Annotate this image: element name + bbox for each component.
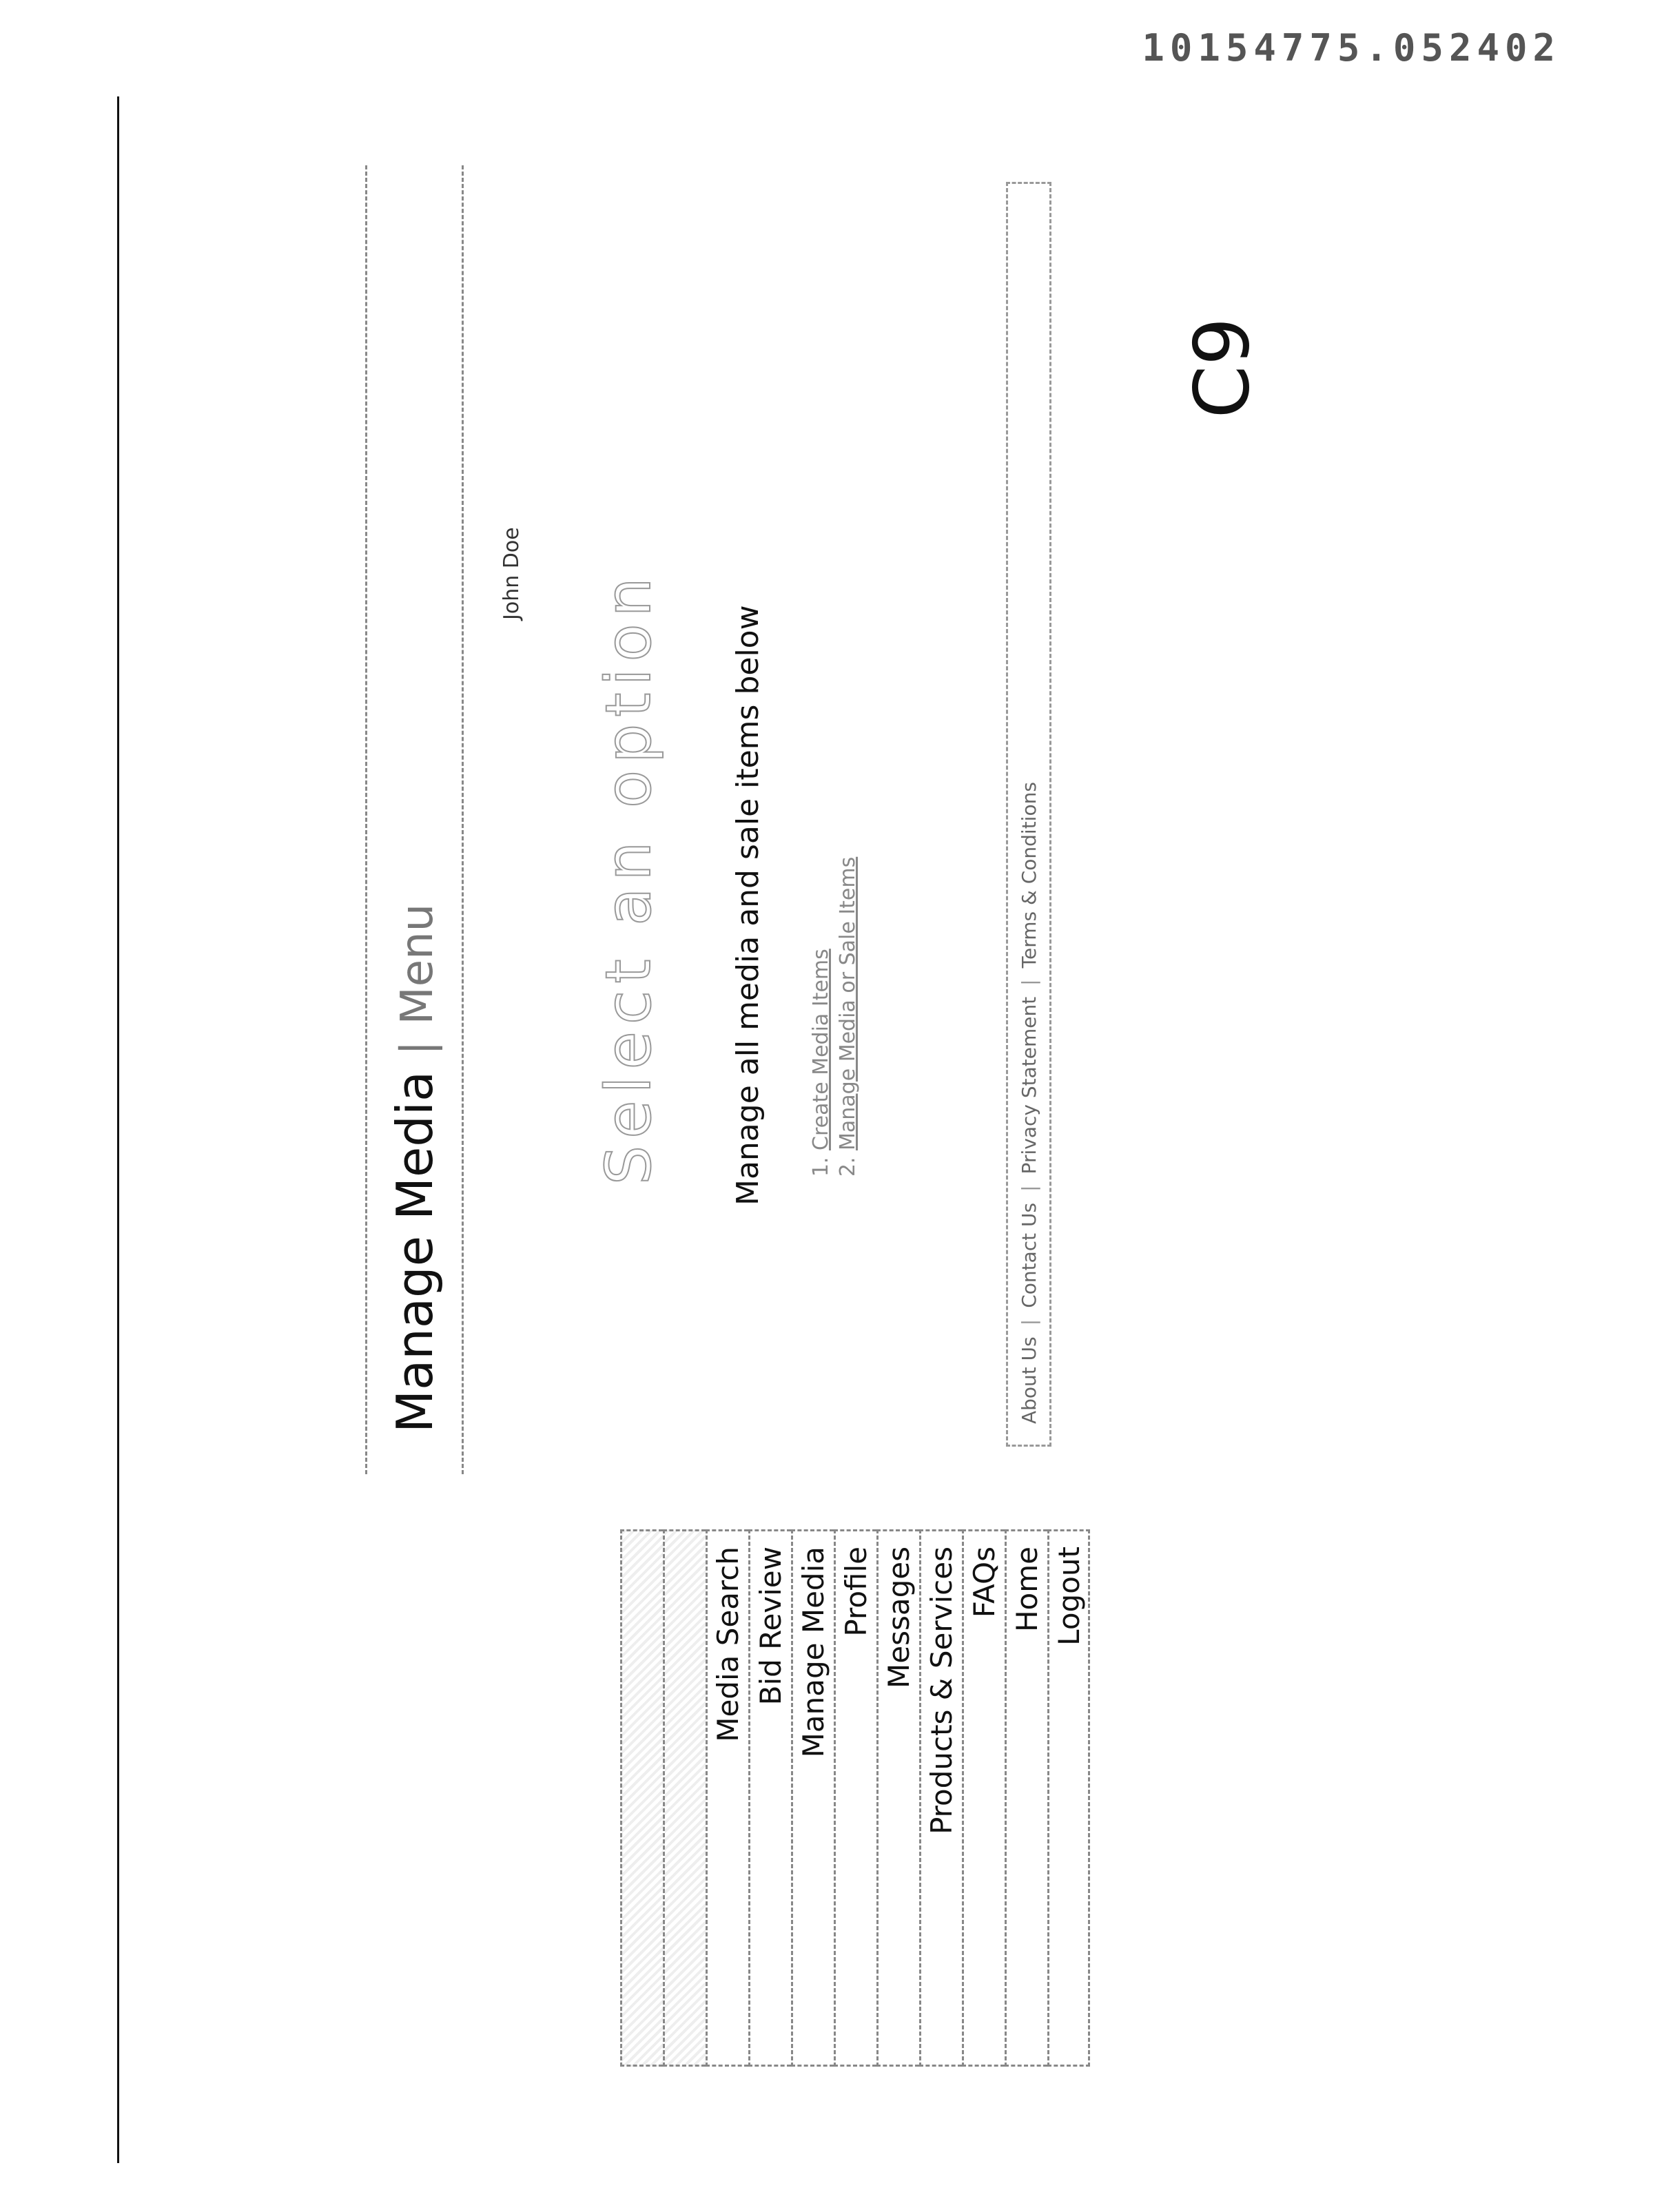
footer-links: About Us | Contact Us | Privacy Statemen… bbox=[1006, 182, 1051, 1447]
page-title-sub: Menu bbox=[392, 904, 443, 1025]
sidebar-item-label: Messages bbox=[882, 1547, 916, 1688]
options-list: Create Media Items Manage Media or Sale … bbox=[806, 857, 863, 1185]
sidebar-item-label: Manage Media bbox=[797, 1547, 830, 1757]
sidebar-item-media-search[interactable]: Media Search bbox=[706, 1529, 748, 2067]
sidebar-item-label: Home bbox=[1010, 1547, 1044, 1632]
footer-link-contact[interactable]: Contact Us bbox=[1018, 1203, 1040, 1308]
rotated-page: Manage Media | Menu John Doe Select an o… bbox=[324, 96, 1664, 2163]
sidebar-item-label: Profile bbox=[839, 1547, 873, 1637]
footer-separator: | bbox=[1018, 1319, 1040, 1325]
footer-link-privacy[interactable]: Privacy Statement bbox=[1018, 997, 1040, 1175]
sidebar-item-label: Media Search bbox=[711, 1547, 745, 1742]
page-title: Manage Media | Menu bbox=[386, 904, 444, 1433]
page-title-main: Manage Media bbox=[386, 1071, 444, 1433]
header-bottom-rule bbox=[462, 165, 464, 1474]
sidebar-item-messages[interactable]: Messages bbox=[876, 1529, 919, 2067]
option-create-media[interactable]: Create Media Items bbox=[809, 857, 833, 1150]
sidebar-item-label: Logout bbox=[1052, 1547, 1086, 1646]
sidebar-item-label: Bid Review bbox=[754, 1547, 788, 1705]
sidebar-item-manage-media[interactable]: Manage Media bbox=[791, 1529, 834, 2067]
sidebar-item-label: Products & Services bbox=[925, 1547, 958, 1834]
footer-separator: | bbox=[1018, 979, 1040, 985]
title-separator: | bbox=[392, 1040, 443, 1055]
footer-separator: | bbox=[1018, 1185, 1040, 1191]
sidebar-banner-1 bbox=[620, 1529, 663, 2067]
sidebar-item-faqs[interactable]: FAQs bbox=[962, 1529, 1005, 2067]
sidebar-item-products-services[interactable]: Products & Services bbox=[919, 1529, 962, 2067]
sidebar-item-home[interactable]: Home bbox=[1005, 1529, 1047, 2067]
sidebar-item-logout[interactable]: Logout bbox=[1047, 1529, 1090, 2067]
header-top-rule bbox=[365, 165, 367, 1474]
option-manage-media[interactable]: Manage Media or Sale Items bbox=[836, 857, 860, 1150]
footer-link-about[interactable]: About Us bbox=[1018, 1336, 1040, 1424]
user-name: John Doe bbox=[500, 527, 524, 620]
sidebar-item-profile[interactable]: Profile bbox=[834, 1529, 876, 2067]
sidebar-nav: Media Search Bid Review Manage Media Pro… bbox=[620, 1529, 1090, 2067]
sidebar-item-label: FAQs bbox=[967, 1547, 1001, 1617]
sidebar-item-bid-review[interactable]: Bid Review bbox=[748, 1529, 791, 2067]
sidebar-banner-2 bbox=[663, 1529, 706, 2067]
intro-text: Manage all media and sale items below bbox=[730, 605, 766, 1206]
document-stamp: 10154775.052402 bbox=[1142, 26, 1561, 70]
page-edge-rule bbox=[117, 96, 119, 2163]
footer-link-terms[interactable]: Terms & Conditions bbox=[1018, 782, 1040, 968]
section-heading: Select an option bbox=[593, 570, 665, 1185]
